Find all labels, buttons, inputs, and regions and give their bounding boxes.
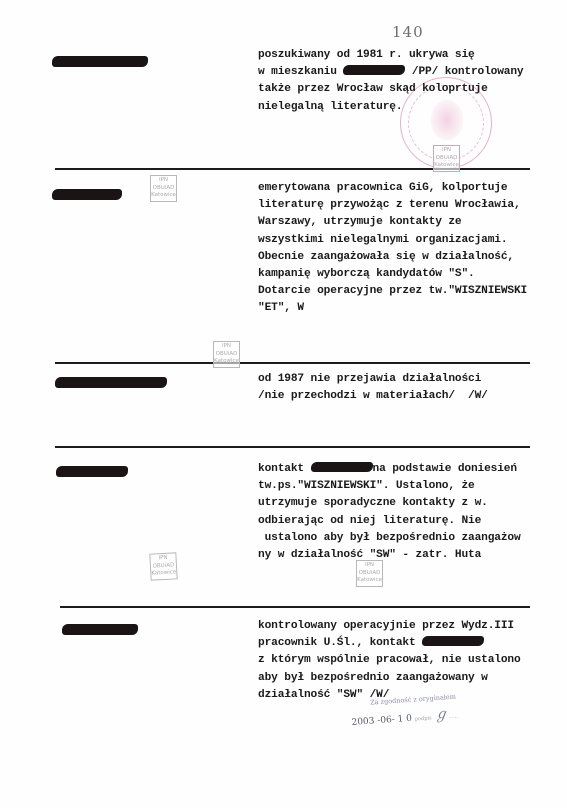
text-line: emerytowana pracownica GiG, kolportuje [258, 180, 527, 197]
text-line: poszukiwany od 1981 r. ukrywa się [258, 47, 523, 64]
text-line: w mieszkaniu /PP/ kontrolowany [258, 64, 523, 81]
text-line: także przez Wrocław skąd koloprtuje [258, 81, 523, 98]
text-line: wszystkimi nielegalnymi organizacjami. [258, 232, 527, 249]
redacted-name [62, 624, 138, 635]
text-line: utrzymuje sporadyczne kontakty z w. [258, 495, 521, 512]
text-line: od 1987 nie przejawia działalności [258, 371, 488, 388]
text-line: ny w działalność "SW" - zatr. Huta [258, 547, 521, 564]
ipn-archive-stamp: IPNOBUiADKatowice [213, 341, 240, 368]
redacted-text [343, 65, 405, 75]
certification-stamp: Za zgodność z oryginałem 2003 -06- 1 0 p… [350, 693, 458, 730]
entry-description: kontakt na podstawie doniesieńtw.ps."WIS… [258, 461, 521, 564]
text-line: /nie przechodzi w materiałach/ /W/ [258, 388, 488, 405]
scanned-document-page: 140 poszukiwany od 1981 r. ukrywa sięw m… [0, 0, 567, 808]
section-divider [55, 362, 530, 364]
text-line: z którym wspólnie pracował, nie ustalono [258, 652, 521, 669]
ipn-archive-stamp: IPNOBUiADKatowice [150, 175, 177, 202]
redacted-name [52, 56, 148, 67]
text-line: literaturę przywożąc z terenu Wrocławia, [258, 197, 527, 214]
text-line: tw.ps."WISZNIEWSKI". Ustalono, że [258, 478, 521, 495]
text-line: kampanię wyborczą kandydatów "S". [258, 266, 527, 283]
ipn-archive-stamp: IPNOBUiADKatowice [356, 560, 383, 587]
section-divider [55, 446, 530, 448]
text-line: Dotarcie operacyjne przez tw."WISZNIEWSK… [258, 283, 527, 300]
redacted-text [311, 462, 373, 472]
entry-description: emerytowana pracownica GiG, kolportujeli… [258, 180, 527, 318]
text-line: Warszawy, utrzymuje kontakty ze [258, 214, 527, 231]
text-line: odbierając od niej literaturę. Nie [258, 513, 521, 530]
ipn-archive-stamp: IPNOBUiADKatowice [433, 145, 460, 172]
text-line: kontrolowany operacyjnie przez Wydz.III [258, 618, 521, 635]
ipn-archive-stamp: IPNOBUiADKatowice [149, 552, 177, 580]
redacted-text [422, 636, 484, 646]
redacted-name [56, 466, 128, 477]
text-line: pracownik U.Śl., kontakt [258, 635, 521, 652]
text-line: kontakt na podstawie doniesień [258, 461, 521, 478]
section-divider [60, 606, 530, 608]
text-line: nielegalną literaturę. [258, 99, 523, 116]
entry-description: poszukiwany od 1981 r. ukrywa sięw miesz… [258, 47, 523, 116]
redacted-name [55, 377, 167, 388]
text-line: "ET", W [258, 300, 527, 317]
redacted-name [52, 189, 122, 200]
text-line: Obecnie zaangażowała się w działalność, [258, 249, 527, 266]
text-line: ustalono aby był bezpośrednio zaangażow [258, 530, 521, 547]
entry-description: od 1987 nie przejawia działalności/nie p… [258, 371, 488, 405]
certification-date: 2003 -06- 1 0 [351, 714, 412, 728]
signature-label: podpis [415, 715, 432, 722]
page-number: 140 [392, 23, 424, 41]
text-line: aby był bezpośrednio zaangażowany w [258, 670, 521, 687]
entry-description: kontrolowany operacyjnie przez Wydz.IIIp… [258, 618, 521, 704]
signature-icon: ℊ [434, 706, 449, 723]
